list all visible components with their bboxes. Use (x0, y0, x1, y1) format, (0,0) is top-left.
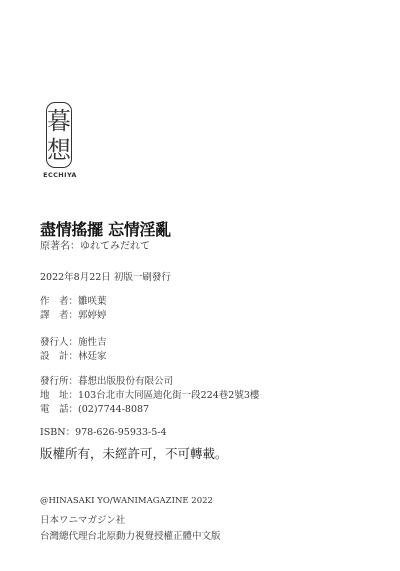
credit-designer: 設 計：林廷家 (40, 348, 107, 362)
logo-char-1: 暮 (47, 107, 71, 136)
separator: ： (69, 351, 79, 362)
copyright-line: @HINASAKI YO/WANIMAGAZINE 2022 (40, 496, 213, 506)
original-title-label: 原著名 (40, 241, 70, 252)
credit-label: 作 者 (40, 296, 69, 307)
publisher-value: 103台北市大同區迪化街一段224巷2號3樓 (78, 390, 259, 401)
original-publisher: 日本ワニマガジン社 (40, 512, 125, 526)
separator: ： (66, 427, 76, 438)
separator: ： (69, 296, 79, 307)
rights-notice: 版權所有，未經許可，不可轉載。 (40, 444, 228, 462)
credit-label: 設 計 (40, 351, 69, 362)
publisher-address: 地 址：103台北市大同區迪化街一段224巷2號3樓 (40, 387, 259, 401)
logo-wordmark: ECCHIYA (40, 171, 80, 179)
credit-label: 發行人 (40, 337, 69, 348)
credit-value: 郭婷婷 (78, 310, 107, 321)
separator: ： (69, 337, 79, 348)
publisher-label: 地 址 (40, 390, 69, 401)
publisher-value: (02)7744-8087 (78, 404, 149, 415)
credit-value: 雛咲葉 (78, 296, 107, 307)
publisher-phone: 電 話：(02)7744-8087 (40, 401, 149, 415)
isbn-label: ISBN (40, 427, 66, 438)
credit-label: 譯 者 (40, 310, 69, 321)
original-title: 原著名：ゆれてみだれて (40, 237, 150, 252)
original-title-value: ゆれてみだれて (80, 241, 150, 252)
separator: ： (69, 376, 79, 387)
credit-value: 林廷家 (78, 351, 107, 362)
credit-publisher-person: 發行人：施性吉 (40, 334, 107, 348)
publisher-company: 發行所：暮想出版股份有限公司 (40, 373, 173, 387)
publisher-label: 發行所 (40, 376, 69, 387)
edition-date: 2022年8月22日 初版一刷發行 (40, 269, 171, 283)
publisher-logo: 暮 想 ECCHIYA (40, 102, 82, 179)
credit-value: 施性吉 (78, 337, 107, 348)
separator: ： (69, 404, 79, 415)
colophon-page: 暮 想 ECCHIYA 盡情搖擺 忘情淫亂 原著名：ゆれてみだれて 2022年8… (0, 0, 400, 571)
separator: ： (70, 241, 80, 252)
publisher-label: 電 話 (40, 404, 69, 415)
separator: ： (69, 390, 79, 401)
credit-author: 作 者：雛咲葉 (40, 293, 107, 307)
isbn-value: 978-626-95933-5-4 (75, 427, 166, 438)
credit-translator: 譯 者：郭婷婷 (40, 307, 107, 321)
separator: ： (69, 310, 79, 321)
publisher-value: 暮想出版股份有限公司 (78, 376, 173, 387)
logo-seal: 暮 想 (46, 102, 72, 168)
license-notice: 台灣總代理台北原動力視覺授權正體中文版 (40, 528, 221, 542)
isbn: ISBN：978-626-95933-5-4 (40, 424, 167, 438)
logo-char-2: 想 (47, 136, 71, 165)
